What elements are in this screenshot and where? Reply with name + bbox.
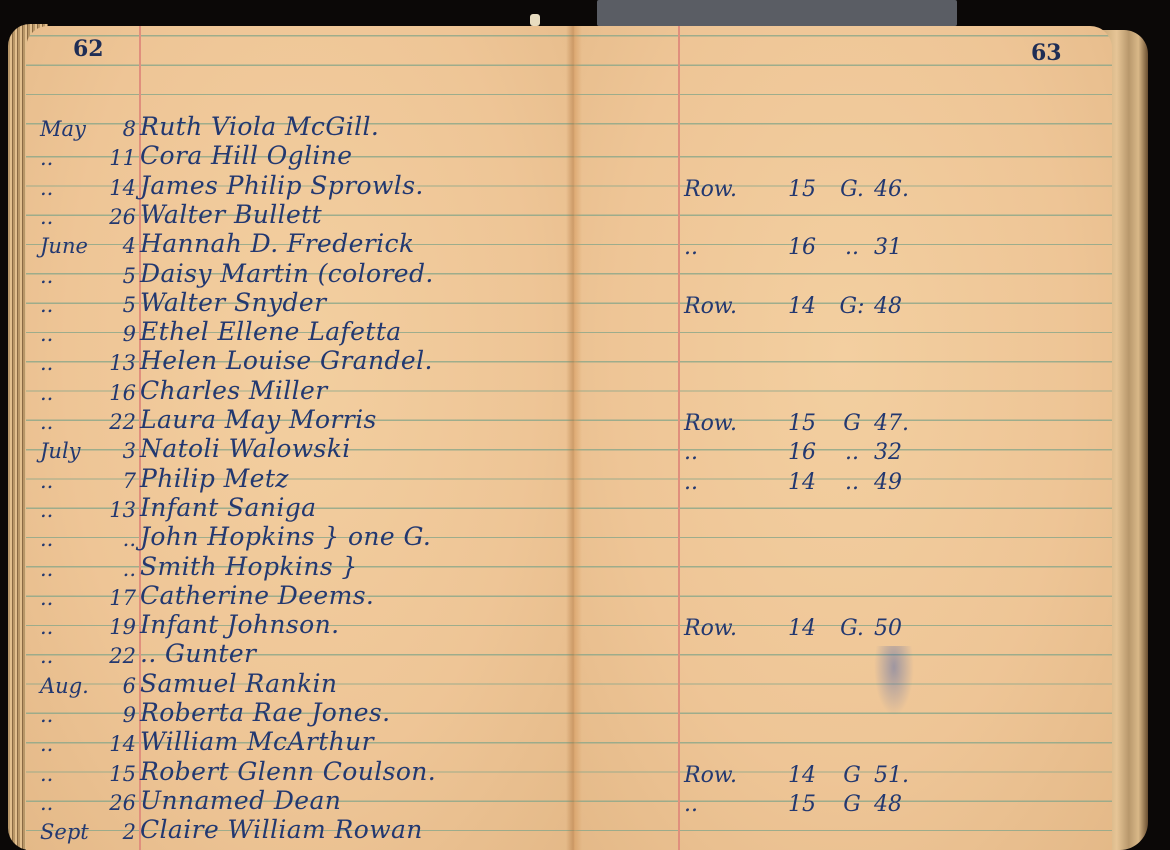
entry-date: .... (40, 557, 140, 581)
page-number: 63 (1031, 40, 1062, 66)
entry-day: 16 (102, 381, 136, 405)
grave-label: G (830, 411, 874, 436)
entry-month: .. (40, 410, 102, 434)
entry-day: .. (102, 557, 136, 581)
row-number: 15 (774, 792, 830, 817)
entry-day: 13 (102, 498, 136, 522)
right-page: 63 Row.15G.46...16..31Row.14G:48Row.15G4… (574, 26, 1112, 850)
burial-entry: ..5Walter Snyder (40, 288, 570, 317)
entry-day: 9 (102, 703, 136, 727)
entry-month: .. (40, 205, 102, 229)
grave-location: ..15G48 (684, 788, 1094, 817)
row-number: 15 (774, 177, 830, 202)
entry-name: Philip Metz (140, 464, 289, 493)
burial-entry: ..7Philip Metz (40, 464, 570, 493)
entry-date: ..22 (40, 410, 140, 434)
entry-name: Daisy Martin (colored. (140, 259, 434, 288)
entry-month: .. (40, 791, 102, 815)
burial-entry: ..19Infant Johnson. (40, 610, 570, 639)
burial-entry: ..26Unnamed Dean (40, 786, 570, 815)
grave-location: ..14..49 (684, 466, 1094, 495)
entry-month: .. (40, 703, 102, 727)
grave-label: G: (830, 294, 874, 319)
entry-day: 6 (102, 674, 136, 698)
entry-name: Robert Glenn Coulson. (140, 757, 436, 786)
grave-label: .. (830, 470, 874, 495)
entry-month: .. (40, 264, 102, 288)
entry-date: ..5 (40, 264, 140, 288)
grave-number: 32 (874, 440, 934, 465)
book-gutter (566, 26, 582, 850)
grave-number: 50 (874, 616, 934, 641)
entry-day: 8 (102, 117, 136, 141)
entry-name: Helen Louise Grandel. (140, 346, 433, 375)
entry-name: Infant Saniga (140, 493, 316, 522)
entry-name: Cora Hill Ogline (140, 141, 353, 170)
entry-date: Sept2 (40, 820, 140, 844)
entry-name: Infant Johnson. (140, 610, 339, 639)
entry-day: 7 (102, 469, 136, 493)
entry-date: ..9 (40, 322, 140, 346)
entry-day: 11 (102, 146, 136, 170)
entry-name: Roberta Rae Jones. (140, 698, 391, 727)
burial-entry: ..16Charles Miller (40, 376, 570, 405)
entry-name: Unnamed Dean (140, 786, 341, 815)
burial-entry: May8Ruth Viola McGill. (40, 112, 570, 141)
burial-entry: ..22Laura May Morris (40, 405, 570, 434)
entry-month: .. (40, 176, 102, 200)
row-number: 14 (774, 616, 830, 641)
burial-entry: ....Smith Hopkins } (40, 552, 570, 581)
burial-entry: ..5Daisy Martin (colored. (40, 259, 570, 288)
grave-location: Row.15G.46. (684, 173, 1094, 202)
entry-date: Aug.6 (40, 674, 140, 698)
grave-number: 46. (874, 177, 934, 202)
burial-entry: ..26Walter Bullett (40, 200, 570, 229)
entry-day: 9 (102, 322, 136, 346)
entry-name: Walter Snyder (140, 288, 326, 317)
entry-day: 15 (102, 762, 136, 786)
entry-month: .. (40, 498, 102, 522)
entry-day: 26 (102, 791, 136, 815)
entry-day: 4 (102, 234, 136, 258)
entry-day: 5 (102, 293, 136, 317)
burial-entry: ..14William McArthur (40, 727, 570, 756)
grave-label: .. (830, 235, 874, 260)
entry-name: Laura May Morris (140, 405, 377, 434)
entry-name: Claire William Rowan (140, 815, 423, 844)
burial-entry: ..22 .. Gunter (40, 639, 570, 668)
entry-day: 13 (102, 351, 136, 375)
entry-date: June4 (40, 234, 140, 258)
grave-label: .. (830, 440, 874, 465)
entry-date: ..22 (40, 644, 140, 668)
entry-date: ..14 (40, 176, 140, 200)
entry-name: Walter Bullett (140, 200, 322, 229)
burial-entry: ..15Robert Glenn Coulson. (40, 757, 570, 786)
entry-name: Catherine Deems. (140, 581, 374, 610)
entry-name: Hannah D. Frederick (140, 229, 415, 258)
entry-month: May (40, 117, 102, 141)
entry-name: Ruth Viola McGill. (140, 112, 379, 141)
entry-date: ..11 (40, 146, 140, 170)
burial-entry: ..13Helen Louise Grandel. (40, 346, 570, 375)
entry-month: .. (40, 381, 102, 405)
grave-location: ..16..32 (684, 436, 1094, 465)
burial-entry: July3Natoli Walowski (40, 434, 570, 463)
margin-line (678, 26, 680, 850)
row-label: Row. (684, 294, 774, 319)
entry-day: 26 (102, 205, 136, 229)
grave-location: ..16..31 (684, 231, 1094, 260)
grave-number: 51. (874, 763, 934, 788)
entry-month: .. (40, 732, 102, 756)
entry-date: ..5 (40, 293, 140, 317)
row-number: 16 (774, 440, 830, 465)
entry-month: Sept (40, 820, 102, 844)
entry-date: ..26 (40, 205, 140, 229)
entry-date: ..13 (40, 498, 140, 522)
entry-day: .. (102, 527, 136, 551)
left-page: 62 May8Ruth Viola McGill...11Cora Hill O… (26, 26, 574, 850)
row-number: 15 (774, 411, 830, 436)
entry-name: Charles Miller (140, 376, 328, 405)
row-number: 14 (774, 294, 830, 319)
entry-month: .. (40, 351, 102, 375)
entry-name: Smith Hopkins } (140, 552, 358, 581)
entry-date: ..7 (40, 469, 140, 493)
burial-entry: June4Hannah D. Frederick (40, 229, 570, 258)
entry-month: .. (40, 557, 102, 581)
burial-entry: ..17Catherine Deems. (40, 581, 570, 610)
entry-month: .. (40, 615, 102, 639)
entry-date: .... (40, 527, 140, 551)
row-label: .. (684, 235, 774, 260)
entry-month: .. (40, 586, 102, 610)
entry-month: .. (40, 527, 102, 551)
entry-name: Natoli Walowski (140, 434, 351, 463)
row-number: 14 (774, 763, 830, 788)
entry-name: James Philip Sprowls. (140, 171, 424, 200)
entry-month: .. (40, 293, 102, 317)
burial-entry: ..9Ethel Ellene Lafetta (40, 317, 570, 346)
entry-date: May8 (40, 117, 140, 141)
grave-number: 31 (874, 235, 934, 260)
entry-date: ..26 (40, 791, 140, 815)
entry-date: ..17 (40, 586, 140, 610)
entry-day: 22 (102, 644, 136, 668)
ledger-photo: 62 May8Ruth Viola McGill...11Cora Hill O… (0, 0, 1170, 850)
entry-day: 2 (102, 820, 136, 844)
entry-month: July (40, 439, 102, 463)
entry-date: ..19 (40, 615, 140, 639)
entry-date: ..13 (40, 351, 140, 375)
row-label: .. (684, 440, 774, 465)
ink-smudge (874, 646, 914, 716)
entry-day: 14 (102, 176, 136, 200)
page-number: 62 (73, 36, 104, 62)
grave-location: Row.14G:48 (684, 290, 1094, 319)
row-label: .. (684, 792, 774, 817)
entry-name: .. Gunter (140, 639, 256, 668)
entry-day: 5 (102, 264, 136, 288)
entry-day: 14 (102, 732, 136, 756)
burial-entry: ..9Roberta Rae Jones. (40, 698, 570, 727)
burial-entry: ..11Cora Hill Ogline (40, 141, 570, 170)
entry-name: William McArthur (140, 727, 374, 756)
entry-name: John Hopkins } one G. (140, 522, 431, 551)
entry-month: .. (40, 762, 102, 786)
entry-day: 22 (102, 410, 136, 434)
grave-location: Row.15G47. (684, 407, 1094, 436)
entry-day: 17 (102, 586, 136, 610)
entry-day: 19 (102, 615, 136, 639)
entry-date: ..15 (40, 762, 140, 786)
row-number: 14 (774, 470, 830, 495)
row-label: Row. (684, 177, 774, 202)
paper-scrap (530, 14, 540, 26)
grave-label: G (830, 763, 874, 788)
row-label: .. (684, 470, 774, 495)
burial-entry: ..13Infant Saniga (40, 493, 570, 522)
entry-date: ..16 (40, 381, 140, 405)
grave-number: 49 (874, 470, 934, 495)
entry-month: .. (40, 146, 102, 170)
entry-name: Samuel Rankin (140, 669, 337, 698)
grave-number: 48 (874, 792, 934, 817)
row-label: Row. (684, 616, 774, 641)
entry-date: July3 (40, 439, 140, 463)
row-number: 16 (774, 235, 830, 260)
grave-location: Row.14G51. (684, 759, 1094, 788)
grave-label: G. (830, 177, 874, 202)
burial-entry: Aug.6Samuel Rankin (40, 669, 570, 698)
grave-label: G. (830, 616, 874, 641)
background-sheet (597, 0, 957, 26)
grave-number: 48 (874, 294, 934, 319)
entry-month: June (40, 234, 102, 258)
row-label: Row. (684, 411, 774, 436)
entry-month: Aug. (40, 674, 102, 698)
grave-location: Row.14G.50 (684, 612, 1094, 641)
entry-month: .. (40, 469, 102, 493)
entry-name: Ethel Ellene Lafetta (140, 317, 402, 346)
row-label: Row. (684, 763, 774, 788)
entry-date: ..9 (40, 703, 140, 727)
burial-entry: ....John Hopkins } one G. (40, 522, 570, 551)
grave-number: 47. (874, 411, 934, 436)
entry-month: .. (40, 322, 102, 346)
entry-day: 3 (102, 439, 136, 463)
grave-label: G (830, 792, 874, 817)
entry-month: .. (40, 644, 102, 668)
burial-entry: ..14James Philip Sprowls. (40, 171, 570, 200)
entry-date: ..14 (40, 732, 140, 756)
burial-entry: Sept2Claire William Rowan (40, 815, 570, 844)
